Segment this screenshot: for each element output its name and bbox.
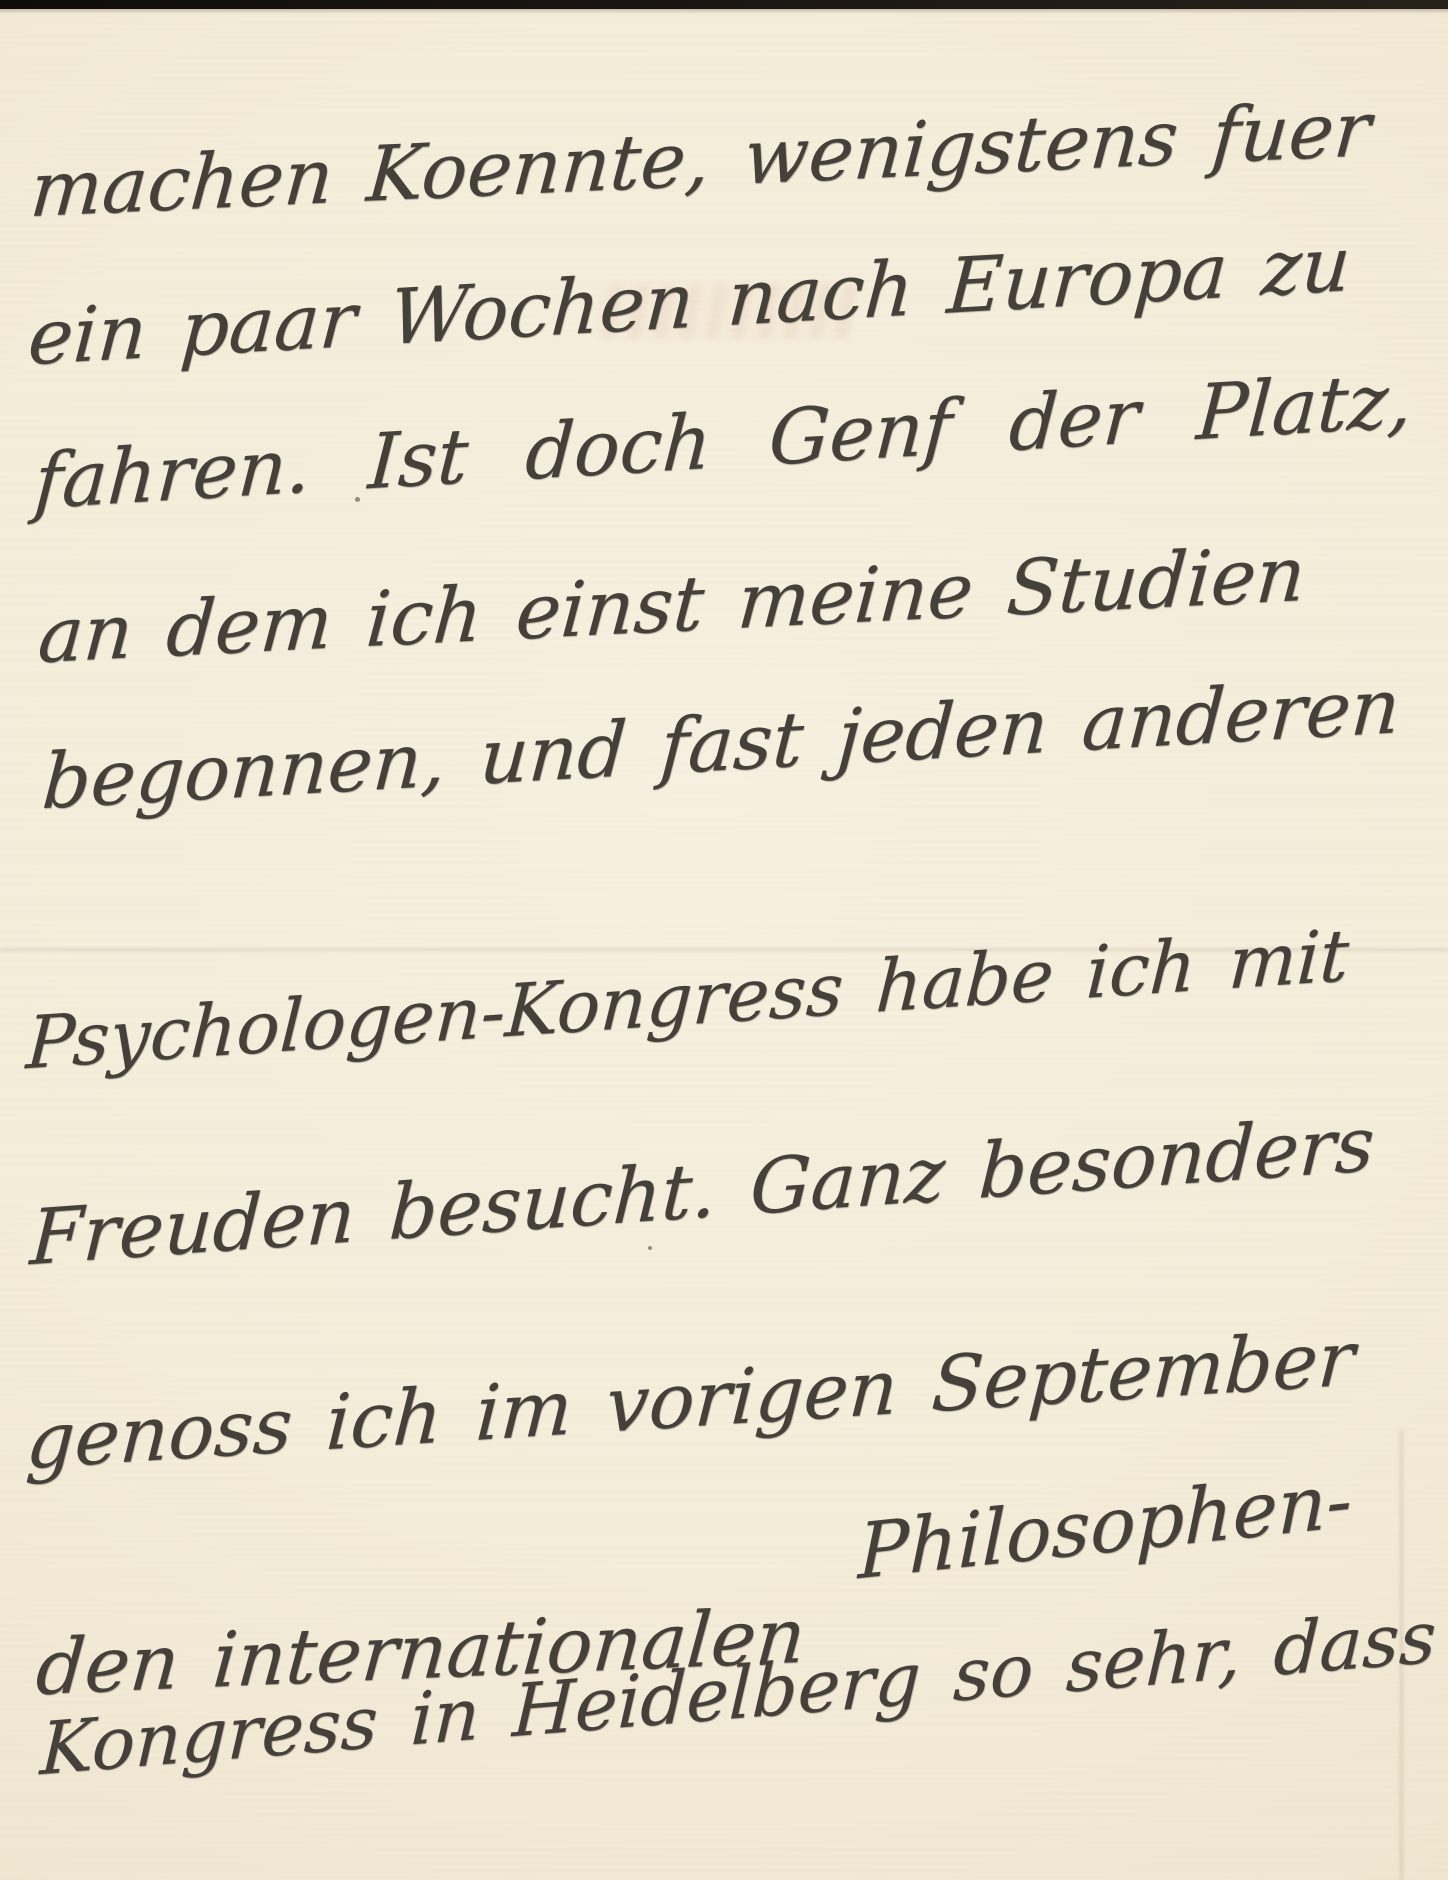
- handwritten-line: ein paar Wochen nach Europa zu: [26, 233, 1190, 378]
- handwritten-line: machen Koennte, wenigstens fuer: [28, 97, 1198, 230]
- handwritten-line: Philosophen-: [857, 1467, 1286, 1592]
- handwritten-line: begonnen, und fast jeden anderen: [40, 668, 1363, 822]
- ink-speck: [648, 1246, 652, 1250]
- handwritten-line: Freuden besucht. Ganz besonders: [28, 1105, 1359, 1278]
- handwritten-line: genoss ich im vorigen September: [24, 1320, 1326, 1482]
- scan-edge-top: [0, 0, 1448, 9]
- handwritten-line: fahren. Ist doch Genf der Platz,: [32, 360, 1415, 522]
- letter-page: machen Koennte, wenigstens fuer ein paar…: [0, 0, 1448, 1880]
- handwritten-line: an dem ich einst meine Studien: [36, 538, 1225, 676]
